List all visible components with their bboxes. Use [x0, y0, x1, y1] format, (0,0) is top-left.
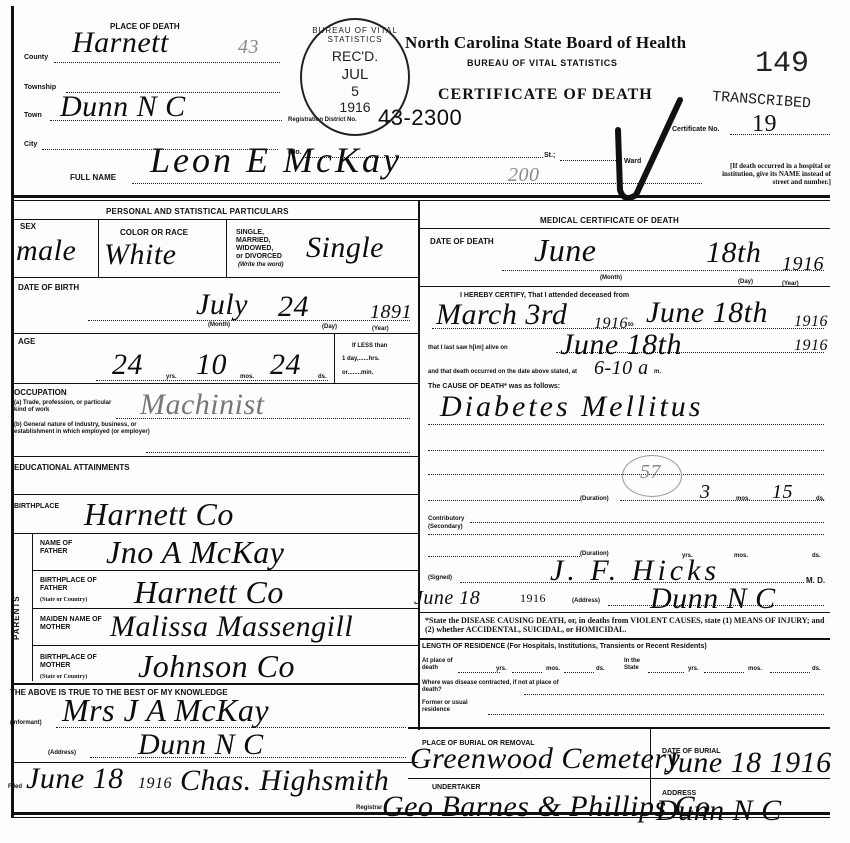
less-than-label: If LESS than [352, 343, 387, 350]
parents-label: PARENTS [12, 595, 21, 640]
transcribed-stamp: TRANSCRIBED [712, 89, 812, 113]
duration-label: (Duration) [580, 496, 609, 503]
cause-value: Diabetes Mellitus [440, 392, 703, 422]
sex-label: SEX [20, 222, 36, 231]
secondary-label: (Secondary) [428, 524, 463, 531]
duration-months: 3 [700, 482, 711, 502]
death-time-value: 6-10 a [594, 358, 649, 378]
full-name-label: FULL NAME [70, 173, 116, 182]
last-saw-year: 1916 [794, 338, 828, 354]
in-state-ds-caption: ds. [812, 666, 821, 673]
occupation-a-value: Machinist [140, 390, 265, 420]
undertaker-address-value: Dunn N C [656, 796, 782, 826]
violent-causes-note: *State the DISEASE CAUSING DEATH, or, in… [425, 616, 825, 634]
md-label: M. D. [806, 576, 825, 585]
attended-to: June 18th [646, 298, 768, 328]
full-name-value: Leon E McKay [150, 142, 402, 178]
duration-line [428, 500, 580, 501]
residence-section-title: LENGTH OF RESIDENCE (For Hospitals, Inst… [422, 643, 707, 651]
filed-year: 1916 [138, 776, 172, 792]
contracted-label: Where was disease contracted, if not at … [422, 680, 562, 694]
mother-birthplace-caption: (State or Country) [40, 674, 87, 681]
row-divider [12, 333, 418, 334]
cell-divider [98, 219, 99, 277]
age-yrs-caption: yrs. [166, 374, 177, 381]
bureau-title: BUREAU OF VITAL STATISTICS [467, 58, 617, 68]
row-divider [12, 683, 418, 685]
occupation-label: OCCUPATION [14, 388, 67, 397]
filed-date: June 18 [26, 764, 124, 794]
contributory-ds-caption: ds. [812, 553, 821, 560]
marital-label-4: or DIVORCED [236, 253, 282, 261]
marital-value: Single [306, 233, 384, 263]
in-state-yrs-caption: yrs. [688, 666, 699, 673]
at-place-mos-caption: mos. [546, 666, 560, 673]
at-place-label: At place of death [422, 658, 458, 672]
mother-birthplace-value: Johnson Co [138, 650, 295, 682]
father-birthplace-value: Harnett Co [134, 576, 284, 608]
attended-from: March 3rd [436, 300, 567, 330]
physician-address-label: (Address) [572, 598, 600, 605]
duration-days: 15 [772, 482, 793, 502]
center-divider [418, 200, 420, 730]
cause-line-2 [428, 450, 824, 451]
received-stamp: BUREAU OF VITAL STATISTICS REC'D. JUL 5 … [300, 18, 410, 136]
duration-mos-caption: mos. [736, 496, 750, 503]
row-divider [408, 778, 830, 779]
at-place-yrs-caption: yrs. [496, 666, 507, 673]
contracted-line [524, 694, 824, 695]
row-divider [12, 494, 418, 495]
dob-year: 1891 [370, 302, 412, 322]
row-divider [32, 645, 418, 646]
town-value: Dunn N C [60, 92, 186, 122]
sex-value: male [16, 236, 76, 266]
dob-month: July [196, 290, 248, 320]
education-label: EDUCATIONAL ATTAINMENTS [14, 463, 130, 472]
stamp-month: JUL [302, 66, 408, 83]
certificate-no-line [730, 134, 830, 135]
registrar-signature: Chas. Highsmith [180, 766, 389, 796]
father-birthplace-caption: (State or Country) [40, 597, 87, 604]
age-years: 24 [112, 350, 143, 380]
city-label: City [24, 141, 37, 149]
age-ds-caption: ds. [318, 374, 327, 381]
row-divider [418, 638, 830, 640]
former-residence-label: Former or usual residence [422, 700, 482, 714]
physician-address-value: Dunn N C [650, 584, 776, 614]
duration-ds-caption: ds. [816, 496, 825, 503]
dob-year-caption: (Year) [372, 326, 389, 333]
race-value: White [104, 240, 176, 270]
burial-date-value: June 18 1916 [664, 748, 832, 778]
county-value: Harnett [72, 28, 169, 58]
father-name-value: Jno A McKay [106, 536, 285, 568]
dob-day: 24 [278, 292, 309, 322]
birthplace-value: Harnett Co [84, 498, 234, 530]
marital-label-3: WIDOWED, [236, 245, 273, 253]
burial-place-value: Greenwood Cemetery [410, 744, 680, 774]
death-time-suffix: m. [654, 369, 661, 376]
registrar-label: Registrar [356, 805, 382, 812]
mother-name-label: MAIDEN NAME OF MOTHER [40, 616, 120, 632]
mother-birthplace-label: BIRTHPLACE OF MOTHER [40, 654, 100, 670]
date-of-death-label: DATE OF DEATH [430, 237, 494, 246]
township-label: Township [24, 84, 56, 92]
death-time-label: and that death occurred on the date abov… [428, 369, 577, 376]
row-divider [418, 228, 830, 229]
cause-line-1 [428, 424, 824, 425]
in-state-label: In the State [624, 658, 654, 672]
cell-divider [334, 333, 335, 383]
marital-label-5: (Write the word) [238, 262, 284, 269]
in-state-ds-line [770, 672, 810, 673]
stamp-number: 149 [755, 47, 809, 81]
last-saw-value: June 18th [560, 330, 682, 360]
dod-line [502, 270, 824, 271]
dod-month-caption: (Month) [600, 275, 622, 282]
father-name-label: NAME OF FATHER [40, 540, 80, 556]
header-divider-2 [12, 200, 830, 201]
hospital-note: [If death occurred in a hospital or inst… [713, 162, 831, 186]
contributory-label: Contributory [428, 516, 464, 523]
full-name-pencil-note: 200 [508, 165, 540, 185]
county-line [54, 62, 280, 63]
stamp-received: REC'D. [302, 48, 408, 64]
stamp-year: 1916 [302, 99, 408, 115]
signed-year: 1916 [520, 592, 546, 604]
dob-label: DATE OF BIRTH [18, 283, 79, 292]
age-days: 24 [270, 350, 301, 380]
in-state-mos-line [704, 672, 744, 673]
dod-day-caption: (Day) [738, 279, 753, 286]
informant-label: (Informant) [10, 720, 42, 727]
dob-month-caption: (Month) [208, 322, 230, 329]
cell-divider [226, 219, 227, 277]
one-day-label: 1 day,......hrs. [342, 356, 380, 363]
attended-to-year: 1916 [794, 314, 828, 330]
row-divider [418, 286, 830, 287]
at-place-ds-caption: ds. [596, 666, 605, 673]
filed-label: Filed [8, 784, 22, 791]
occupation-b-label: (b) General nature of industry, business… [14, 422, 154, 436]
birthplace-label: BIRTHPLACE [14, 503, 59, 511]
dob-line [88, 320, 410, 321]
contributory-mos-caption: mos. [734, 553, 748, 560]
at-place-ds-line [564, 672, 594, 673]
personal-section-title: PERSONAL AND STATISTICAL PARTICULARS [106, 207, 289, 216]
county-label: County [24, 54, 48, 62]
row-divider [32, 570, 418, 571]
in-state-yrs-line [648, 672, 684, 673]
parents-divider [32, 533, 33, 681]
checkmark-icon [608, 95, 688, 205]
certificate-no-value: 19 [752, 112, 777, 136]
row-divider [12, 219, 418, 220]
dob-day-caption: (Day) [322, 324, 337, 331]
dod-year: 1916 [782, 254, 824, 274]
at-place-mos-line [512, 672, 542, 673]
father-birthplace-label: BIRTHPLACE OF FATHER [40, 577, 100, 593]
informant-address-value: Dunn N C [138, 730, 264, 760]
marital-label-2: MARRIED, [236, 237, 271, 245]
occupation-a-label: (a) Trade, profession, or particular kin… [14, 400, 124, 414]
age-label: AGE [18, 337, 35, 346]
stamp-ring-text: BUREAU OF VITAL STATISTICS [302, 26, 408, 44]
contributory-line [470, 522, 824, 523]
signed-label: (Signed) [428, 575, 452, 582]
duration-values-line [620, 500, 824, 501]
occupation-b-line [146, 452, 410, 453]
dod-day: 18th [706, 238, 761, 268]
board-title: North Carolina State Board of Health [405, 33, 686, 53]
age-mos-caption: mos. [240, 374, 254, 381]
row-divider [418, 612, 830, 613]
marital-label-1: SINGLE, [236, 229, 264, 237]
pencil-code: 57 [640, 462, 661, 482]
death-certificate: PLACE OF DEATH County Harnett 43 Townshi… [0, 0, 850, 843]
age-months: 10 [196, 350, 227, 380]
race-label: COLOR OR RACE [120, 228, 188, 237]
stamp-day: 5 [302, 83, 408, 99]
street-label: St.; [544, 152, 555, 160]
informant-address-label: (Address) [48, 750, 76, 757]
town-label: Town [24, 112, 42, 120]
in-state-mos-caption: mos. [748, 666, 762, 673]
informant-value: Mrs J A McKay [62, 694, 269, 726]
at-place-yrs-line [458, 672, 500, 673]
county-code: 43 [238, 37, 259, 57]
row-divider [12, 456, 418, 457]
signed-date: June 18 [414, 588, 480, 608]
row-divider [12, 383, 418, 384]
last-saw-label: that I last saw h[im] alive on [428, 345, 508, 352]
former-residence-line [488, 714, 824, 715]
mother-name-value: Malissa Massengill [110, 612, 353, 642]
row-divider [408, 727, 830, 729]
row-divider [32, 608, 418, 609]
contributory-line-2 [428, 534, 824, 535]
dod-month: June [534, 234, 596, 266]
header-divider [12, 195, 830, 198]
or-min-label: or........min. [342, 370, 373, 377]
row-divider [12, 277, 418, 278]
medical-section-title: MEDICAL CERTIFICATE OF DEATH [540, 216, 679, 225]
